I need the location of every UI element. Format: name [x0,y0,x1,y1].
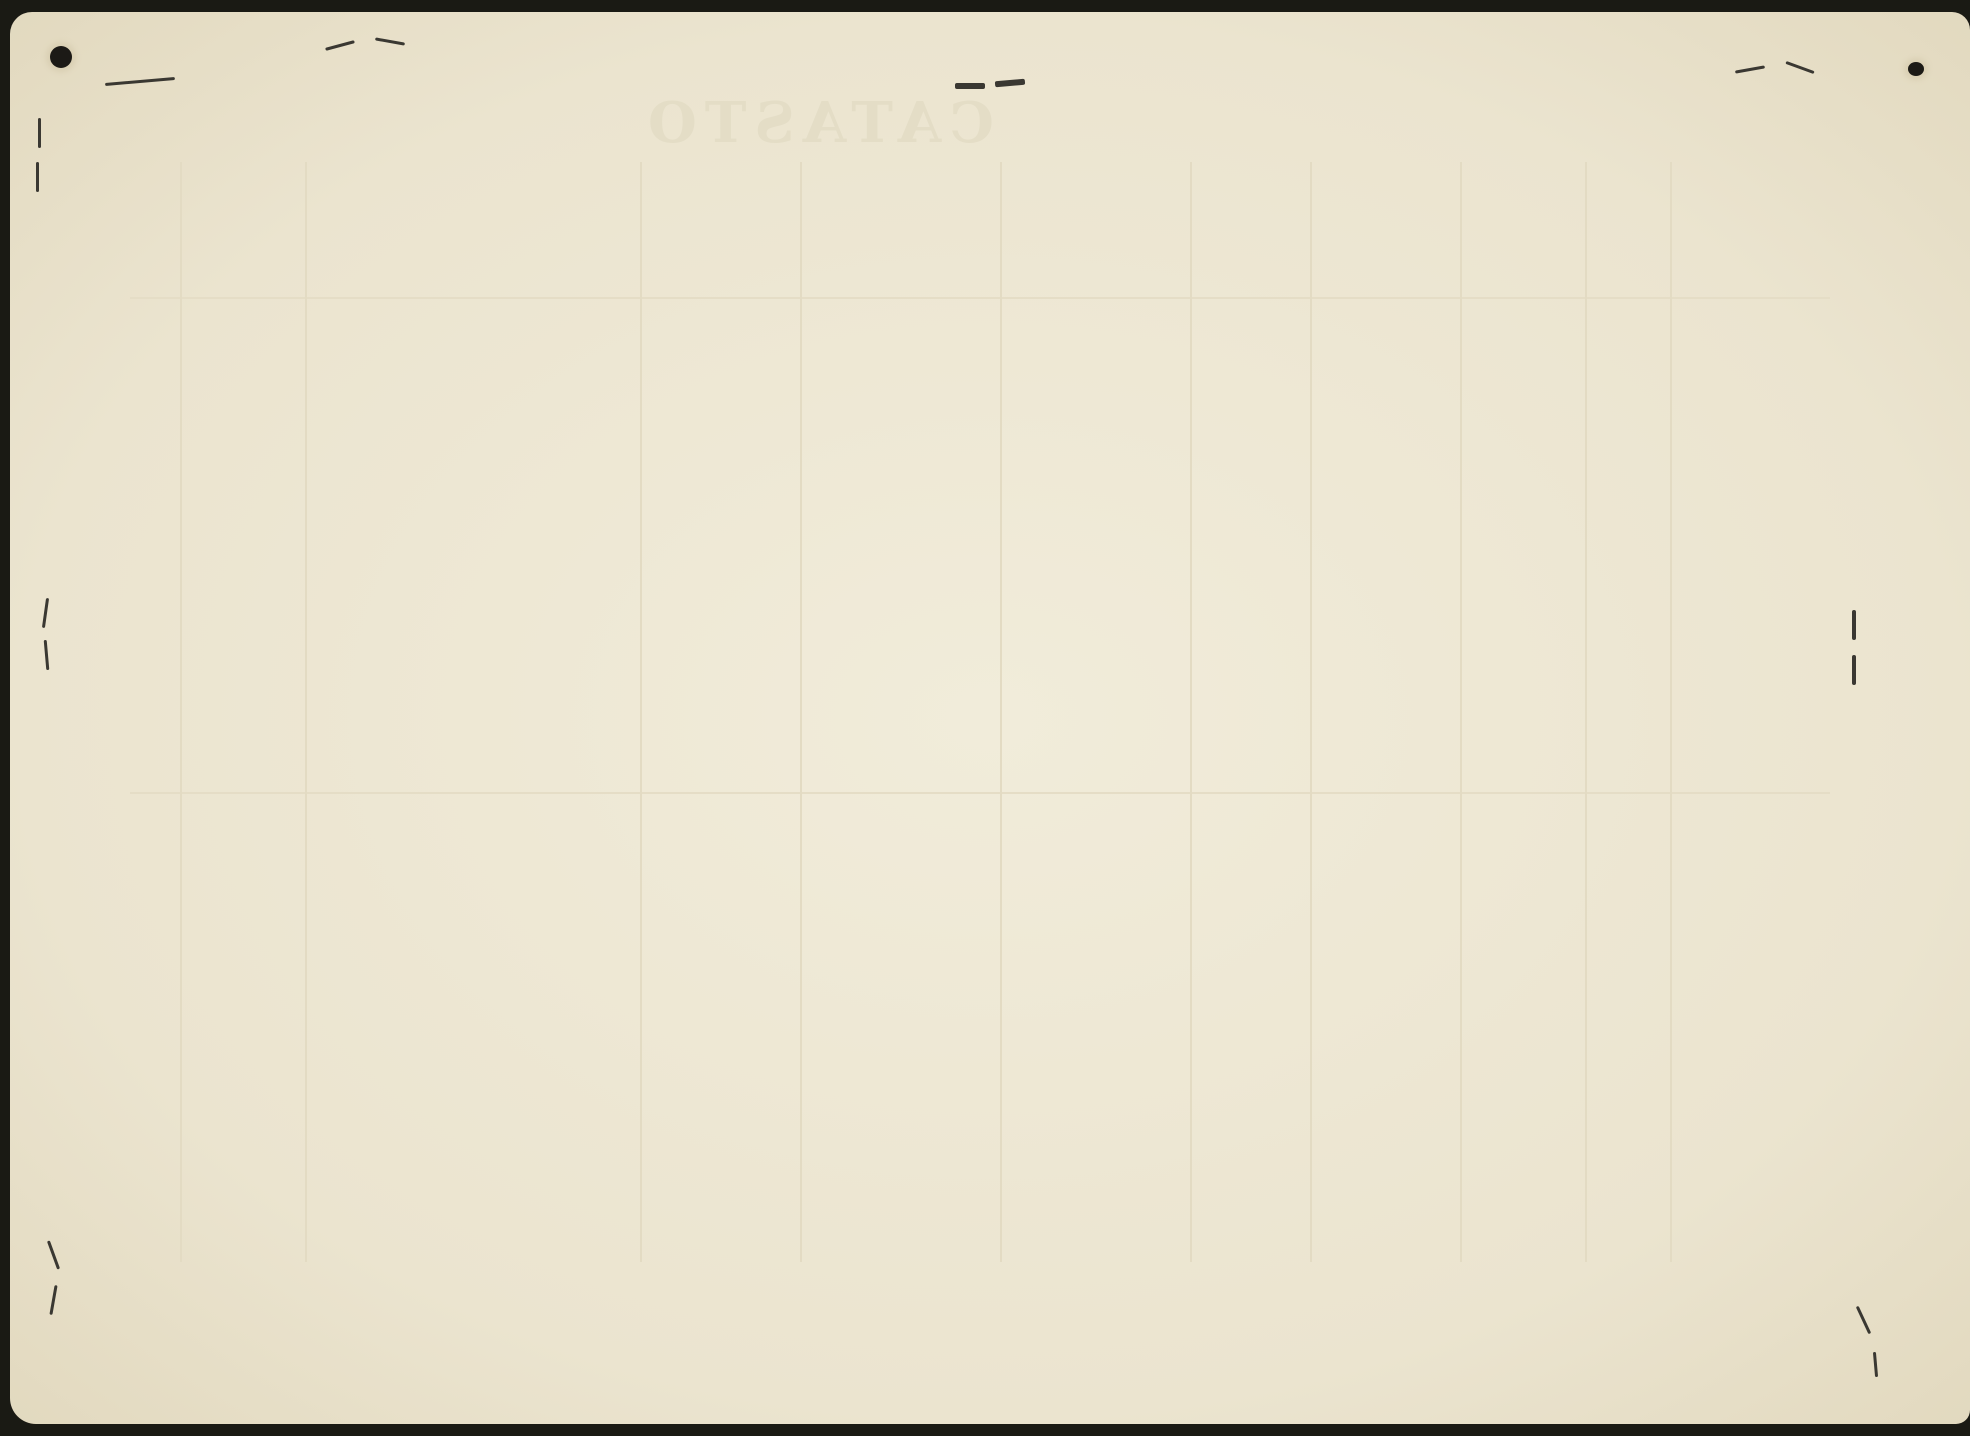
staple-mark [955,83,985,89]
ghost-heading: CATASTO [640,90,994,156]
faint-column-line [1585,162,1587,1262]
faint-rule [130,297,1830,299]
punch-hole [50,46,72,68]
faint-column-line [1310,162,1312,1262]
faint-column-line [1460,162,1462,1262]
faint-column-line [1670,162,1672,1262]
faint-column-line [1000,162,1002,1262]
punch-hole [1908,62,1924,76]
faint-column-line [640,162,642,1262]
document-card-reverse: CATASTO [10,12,1970,1424]
faint-column-line [180,162,182,1262]
faint-column-line [1190,162,1192,1262]
faint-rule [130,792,1830,794]
faint-column-line [305,162,307,1262]
staple-mark [1852,655,1856,685]
staple-mark [1852,610,1856,640]
faint-column-line [800,162,802,1262]
staple-mark [38,118,41,148]
staple-mark [36,162,39,192]
